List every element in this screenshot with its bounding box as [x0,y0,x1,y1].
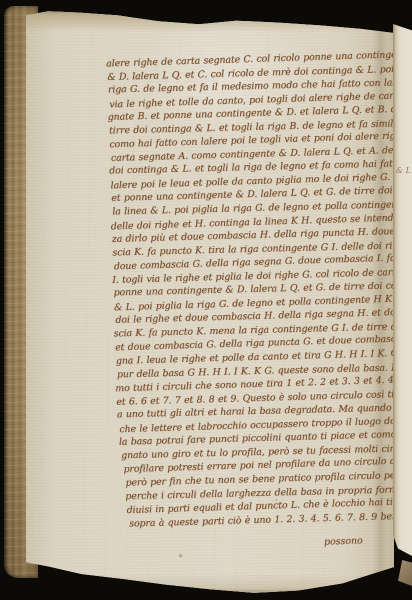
handwritten-text-block: alere righe de carta segnate C. col rico… [106,49,411,531]
next-page-corner [398,560,412,586]
page-bottom-edge [26,572,394,594]
page-top-edge [26,6,394,36]
manuscript-page: ~ ~~ ~ ~~~ ~ alere righe de carta segnat… [26,6,394,594]
manuscript-photo: ~ ~~ ~ ~~~ ~ alere righe de carta segnat… [0,0,412,600]
catchword: possono [324,535,363,547]
margin-note: & L [396,166,411,175]
next-page-sliver: & L [393,24,412,556]
